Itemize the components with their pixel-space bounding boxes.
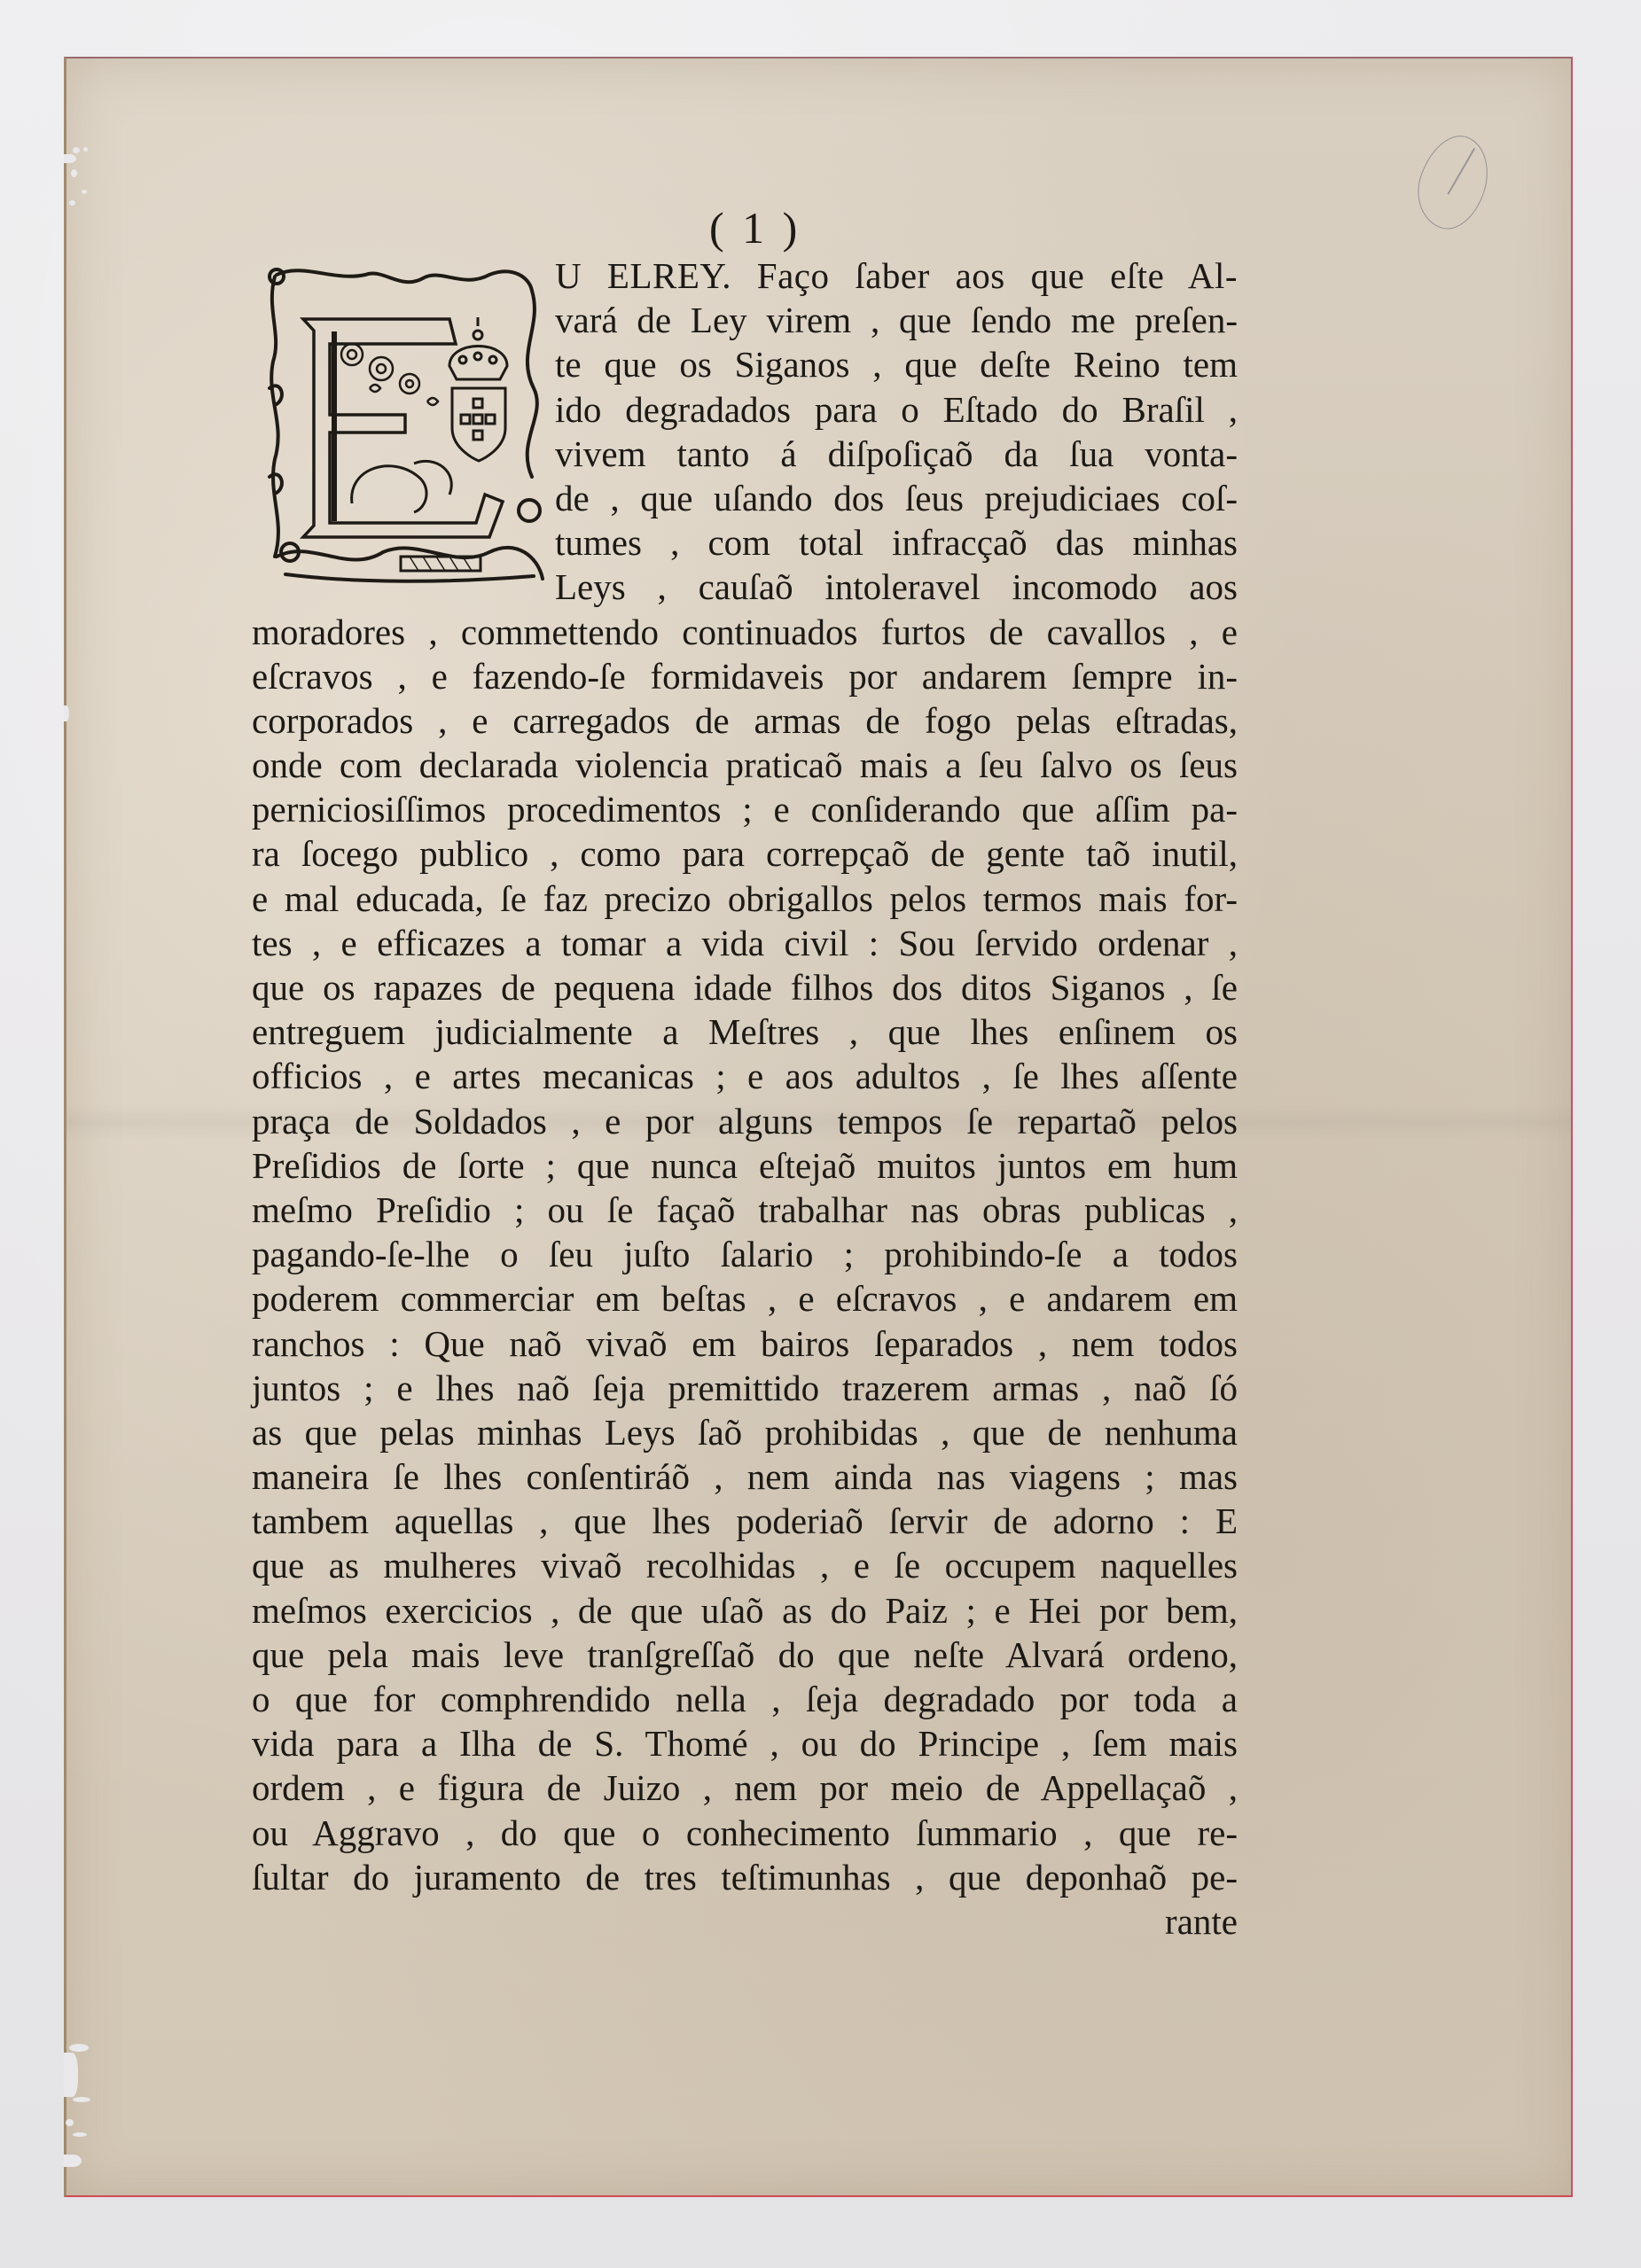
text-line: perniciosiſſimos procedimentos ; e conſi… xyxy=(252,787,1238,831)
body-text: U ELREY. Faço ſaber aos que eſte Al- var… xyxy=(252,253,1238,1944)
text-line: ſultar do juramento de tres teſtimunhas … xyxy=(252,1855,1238,1899)
text-line: maneira ſe lhes conſentiráõ , nem ainda … xyxy=(252,1454,1238,1499)
text-line: ou Aggravo , do que o conhecimento ſumma… xyxy=(252,1811,1238,1855)
text-line: de , que uſando dos ſeus prejudiciaes co… xyxy=(555,476,1238,520)
text-line: ido degradados para o Eſtado do Braſil , xyxy=(555,387,1238,432)
text-line: eſcravos , e fazendo-ſe formidaveis por … xyxy=(252,654,1238,698)
text-line: Leys , cauſaõ intoleravel incomodo aos xyxy=(555,565,1238,609)
text-line: onde com declarada violencia praticaõ ma… xyxy=(252,743,1238,787)
text-line: vida para a Ilha de S. Thomé , ou do Pri… xyxy=(252,1721,1238,1765)
text-line: corporados , e carregados de armas de fo… xyxy=(252,698,1238,743)
text-line: Preſidios de ſorte ; que nunca eſtejaõ m… xyxy=(252,1143,1238,1188)
text-line: tumes , com total infracçaõ das minhas xyxy=(555,520,1238,565)
text-line: ranchos : Que naõ vivaõ em bairos ſepara… xyxy=(252,1321,1238,1366)
damaged-left-edge xyxy=(64,58,90,2195)
text-line: moradores , commettendo continuados furt… xyxy=(252,610,1238,654)
text-line: que as mulheres vivaõ recolhidas , e ſe … xyxy=(252,1543,1238,1587)
text-line: o que for comphrendido nella , ſeja degr… xyxy=(252,1677,1238,1721)
text-line: meſmos exercicios , de que uſaõ as do Pa… xyxy=(252,1588,1238,1633)
text-line: entreguem judicialmente a Meſtres , que … xyxy=(252,1009,1238,1054)
text-line: U ELREY. Faço ſaber aos que eſte Al- xyxy=(555,253,1238,298)
text-line: tes , e efficazes a tomar a vida civil :… xyxy=(252,921,1238,965)
text-line: ra ſocego publico , como para correpçaõ … xyxy=(252,831,1238,876)
text-line: ordem , e figura de Juizo , nem por meio… xyxy=(252,1765,1238,1810)
text-line: vivem tanto á diſpoſiçaõ da ſua vonta- xyxy=(555,432,1238,476)
text-line: poderem commerciar em beſtas , e eſcravo… xyxy=(252,1276,1238,1321)
text-line: e mal educada, ſe faz precizo obrigallos… xyxy=(252,877,1238,921)
text-line: que pela mais leve tranſgreſſaõ do que n… xyxy=(252,1633,1238,1677)
text-line: juntos ; e lhes naõ ſeja premittido traz… xyxy=(252,1366,1238,1410)
text-line: vará de Ley virem , que ſendo me preſen- xyxy=(555,298,1238,342)
text-line: te que os Siganos , que deſte Reino tem xyxy=(555,342,1238,386)
text-line: que os rapazes de pequena idade filhos d… xyxy=(252,965,1238,1009)
text-line: meſmo Preſidio ; ou ſe façaõ trabalhar n… xyxy=(252,1188,1238,1232)
page-number: ( 1 ) xyxy=(709,202,801,253)
text-line: as que pelas minhas Leys ſaõ prohibidas … xyxy=(252,1410,1238,1454)
text-line: tambem aquellas , que lhes poderiaõ ſerv… xyxy=(252,1499,1238,1543)
text-line: officios , e artes mecanicas ; e aos adu… xyxy=(252,1054,1238,1098)
text-line: pagando-ſe-lhe o ſeu juſto ſalario ; pro… xyxy=(252,1232,1238,1276)
catchword: rante xyxy=(252,1899,1238,1944)
text-line: praça de Soldados , e por alguns tempos … xyxy=(252,1099,1238,1143)
